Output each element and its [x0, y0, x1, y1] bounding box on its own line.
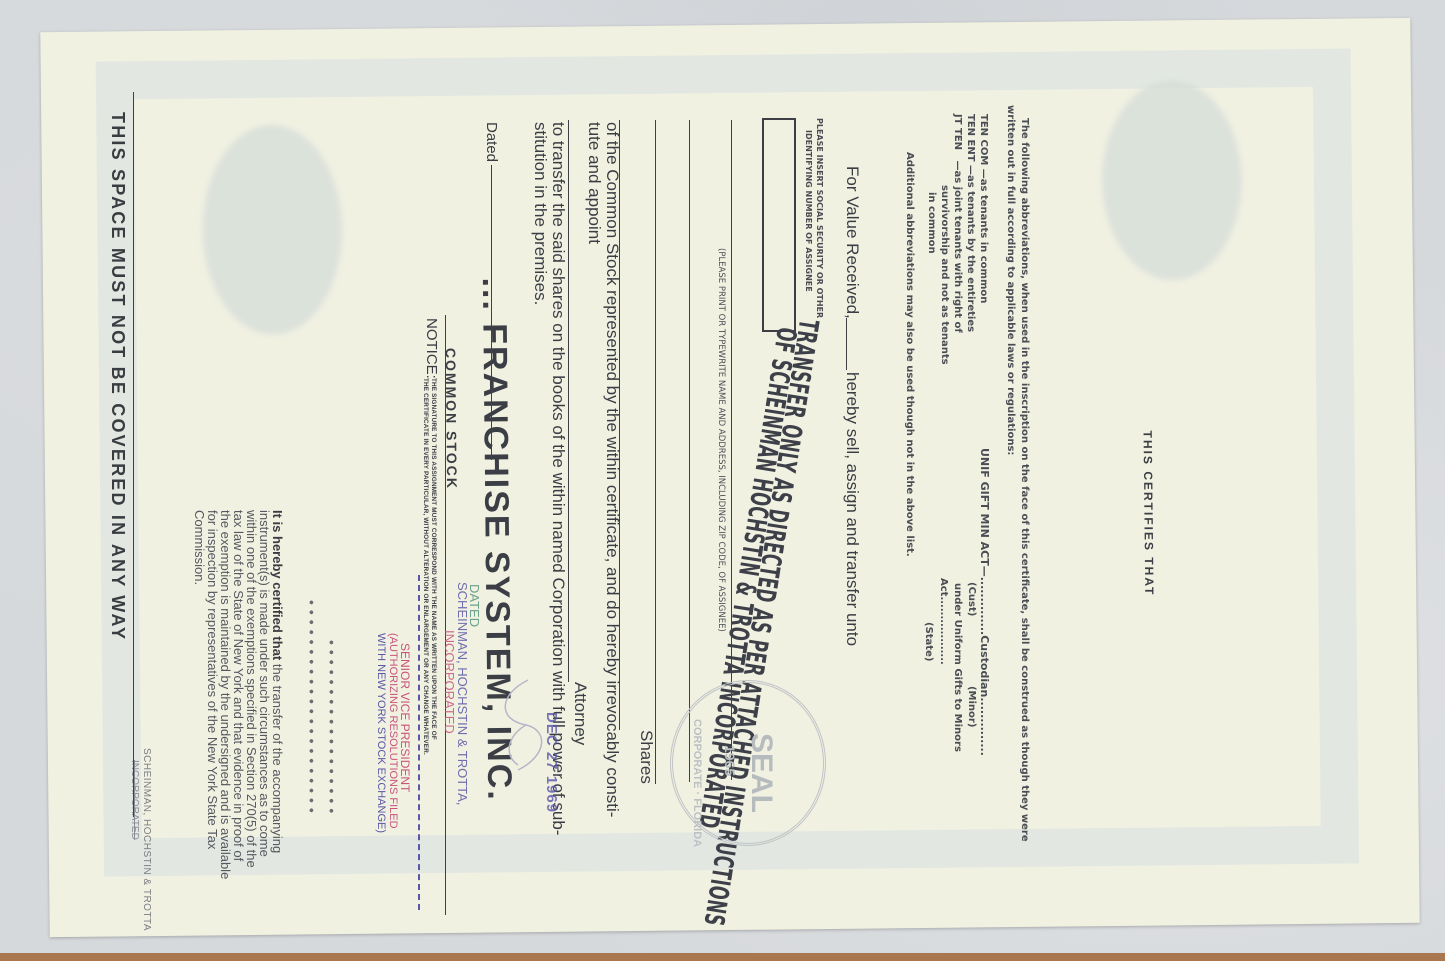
tax-cert-line-7: Commission. [193, 510, 206, 585]
notice-label: NOTICE: [423, 318, 440, 379]
assignor-blank-line [846, 318, 847, 370]
ghost-vignette-left [201, 124, 343, 335]
officer-note-2: WITH NEW YORK STOCK EXCHANGE) [375, 633, 387, 833]
cancellation-punch-holes: •••••••••••••••••••••• [300, 600, 320, 818]
hereby-sell-text: hereby sell, assign and transfer unto [842, 372, 862, 646]
transfer-line-2: stitution in the premises. [530, 122, 550, 305]
seal-year: 1965 [722, 745, 738, 776]
footer-rule [133, 92, 134, 817]
ghost-certifies: THIS CERTIFIES THAT [1141, 431, 1157, 597]
abbrev-intro-1: The following abbreviations, when used i… [1019, 118, 1030, 842]
corporate-seal: SEAL 1965 CORPORATE · FLORIDA [670, 680, 826, 846]
unif-gift-line-1: UNIF GIFT MIN ACT—..............Custodia… [978, 448, 991, 756]
tax-cert-line-6: for inspection by representatives of the… [206, 510, 219, 849]
assignee-line-2[interactable] [689, 120, 690, 782]
abbrev-intro-2: written out in full according to applica… [1005, 105, 1016, 455]
shares-label: Shares [636, 730, 656, 784]
notice-line-2: THE CERTIFICATE IN EVERY PARTICULAR, WIT… [422, 378, 429, 755]
abbrev-jt-ten-cont2: in common [926, 192, 937, 254]
assignee-line-3[interactable] [655, 120, 656, 784]
ssn-input-box[interactable] [762, 118, 796, 332]
cancellation-punch-holes-2: •••••••••••••••••• [320, 640, 340, 818]
tax-cert-line-2: instrument(s) is made under such circums… [258, 510, 271, 857]
tax-cert-line-4: tax law of the State of New York and tha… [232, 510, 245, 861]
dated-label: Dated [483, 122, 500, 162]
for-value-received: For Value Received, [842, 166, 862, 319]
seal-center-text: SEAL [744, 733, 778, 813]
common-stock-line-2: tute and appoint [584, 122, 604, 244]
seal-ring-text: CORPORATE · FLORIDA [691, 719, 703, 847]
dashed-signature-line [418, 575, 420, 910]
tax-cert-line-1: It is hereby certified that the transfer… [271, 510, 284, 853]
signature-scribble [488, 675, 558, 775]
unif-gift-line-2: (Cust) (Minor) [966, 582, 977, 727]
attorney-label: Attorney [570, 682, 590, 745]
tax-cert-line-3: within one of the exemptions specified i… [245, 510, 258, 868]
ssn-label-1: PLEASE INSERT SOCIAL SECURITY OR OTHER [815, 118, 824, 318]
abbrev-jt-ten: JT TEN —as joint tenants with right of [952, 114, 963, 333]
tax-cert-signer-2: INCORPORATED [129, 760, 140, 840]
firm-stamp-line-2: INCORPORATED [442, 630, 457, 734]
ghost-vignette-right [1101, 80, 1243, 281]
officer-title: SENIOR VICE PRESIDENT [398, 643, 412, 792]
abbrev-ten-ent: TEN ENT —as tenants by the entireties [965, 114, 976, 332]
abbrev-ten-com: TEN COM —as tenants in common [978, 114, 989, 303]
notice-line-1: THE SIGNATURE TO THIS ASSIGNMENT MUST CO… [430, 378, 437, 740]
ssn-label-2: IDENTIFYING NUMBER OF ASSIGNEE [804, 130, 813, 292]
table-edge [0, 953, 1445, 961]
officer-note-1: (AUTHORIZING RESOLUTIONS FILED [387, 633, 399, 829]
unif-gift-line-3: under Uniform Gifts to Minors [952, 583, 963, 752]
firm-stamp-line-1: SCHEINMAN, HOCHSTIN & TROTTA, [455, 582, 470, 805]
abbrev-jt-ten-cont: survivorship and not as tenants [939, 185, 950, 365]
dated-line[interactable] [491, 165, 492, 460]
signature-line[interactable] [445, 315, 446, 915]
common-stock-line-1: of the Common Stock represented by the w… [602, 122, 622, 817]
unif-gift-line-5: (State) [923, 622, 934, 661]
tax-cert-signer: SCHEINMAN, HOCHSTIN & TROTTA [141, 748, 152, 931]
footer-warning: THIS SPACE MUST NOT BE COVERED IN ANY WA… [107, 112, 128, 641]
tax-cert-line-5: the exemption is maintained by the under… [219, 510, 232, 879]
unif-gift-line-4: Act.................. [938, 578, 949, 665]
abbrev-additional: Additional abbreviations may also be use… [904, 152, 915, 557]
print-name-label: (PLEASE PRINT OR TYPEWRITE NAME AND ADDR… [716, 248, 726, 632]
attorney-line[interactable] [568, 120, 569, 682]
